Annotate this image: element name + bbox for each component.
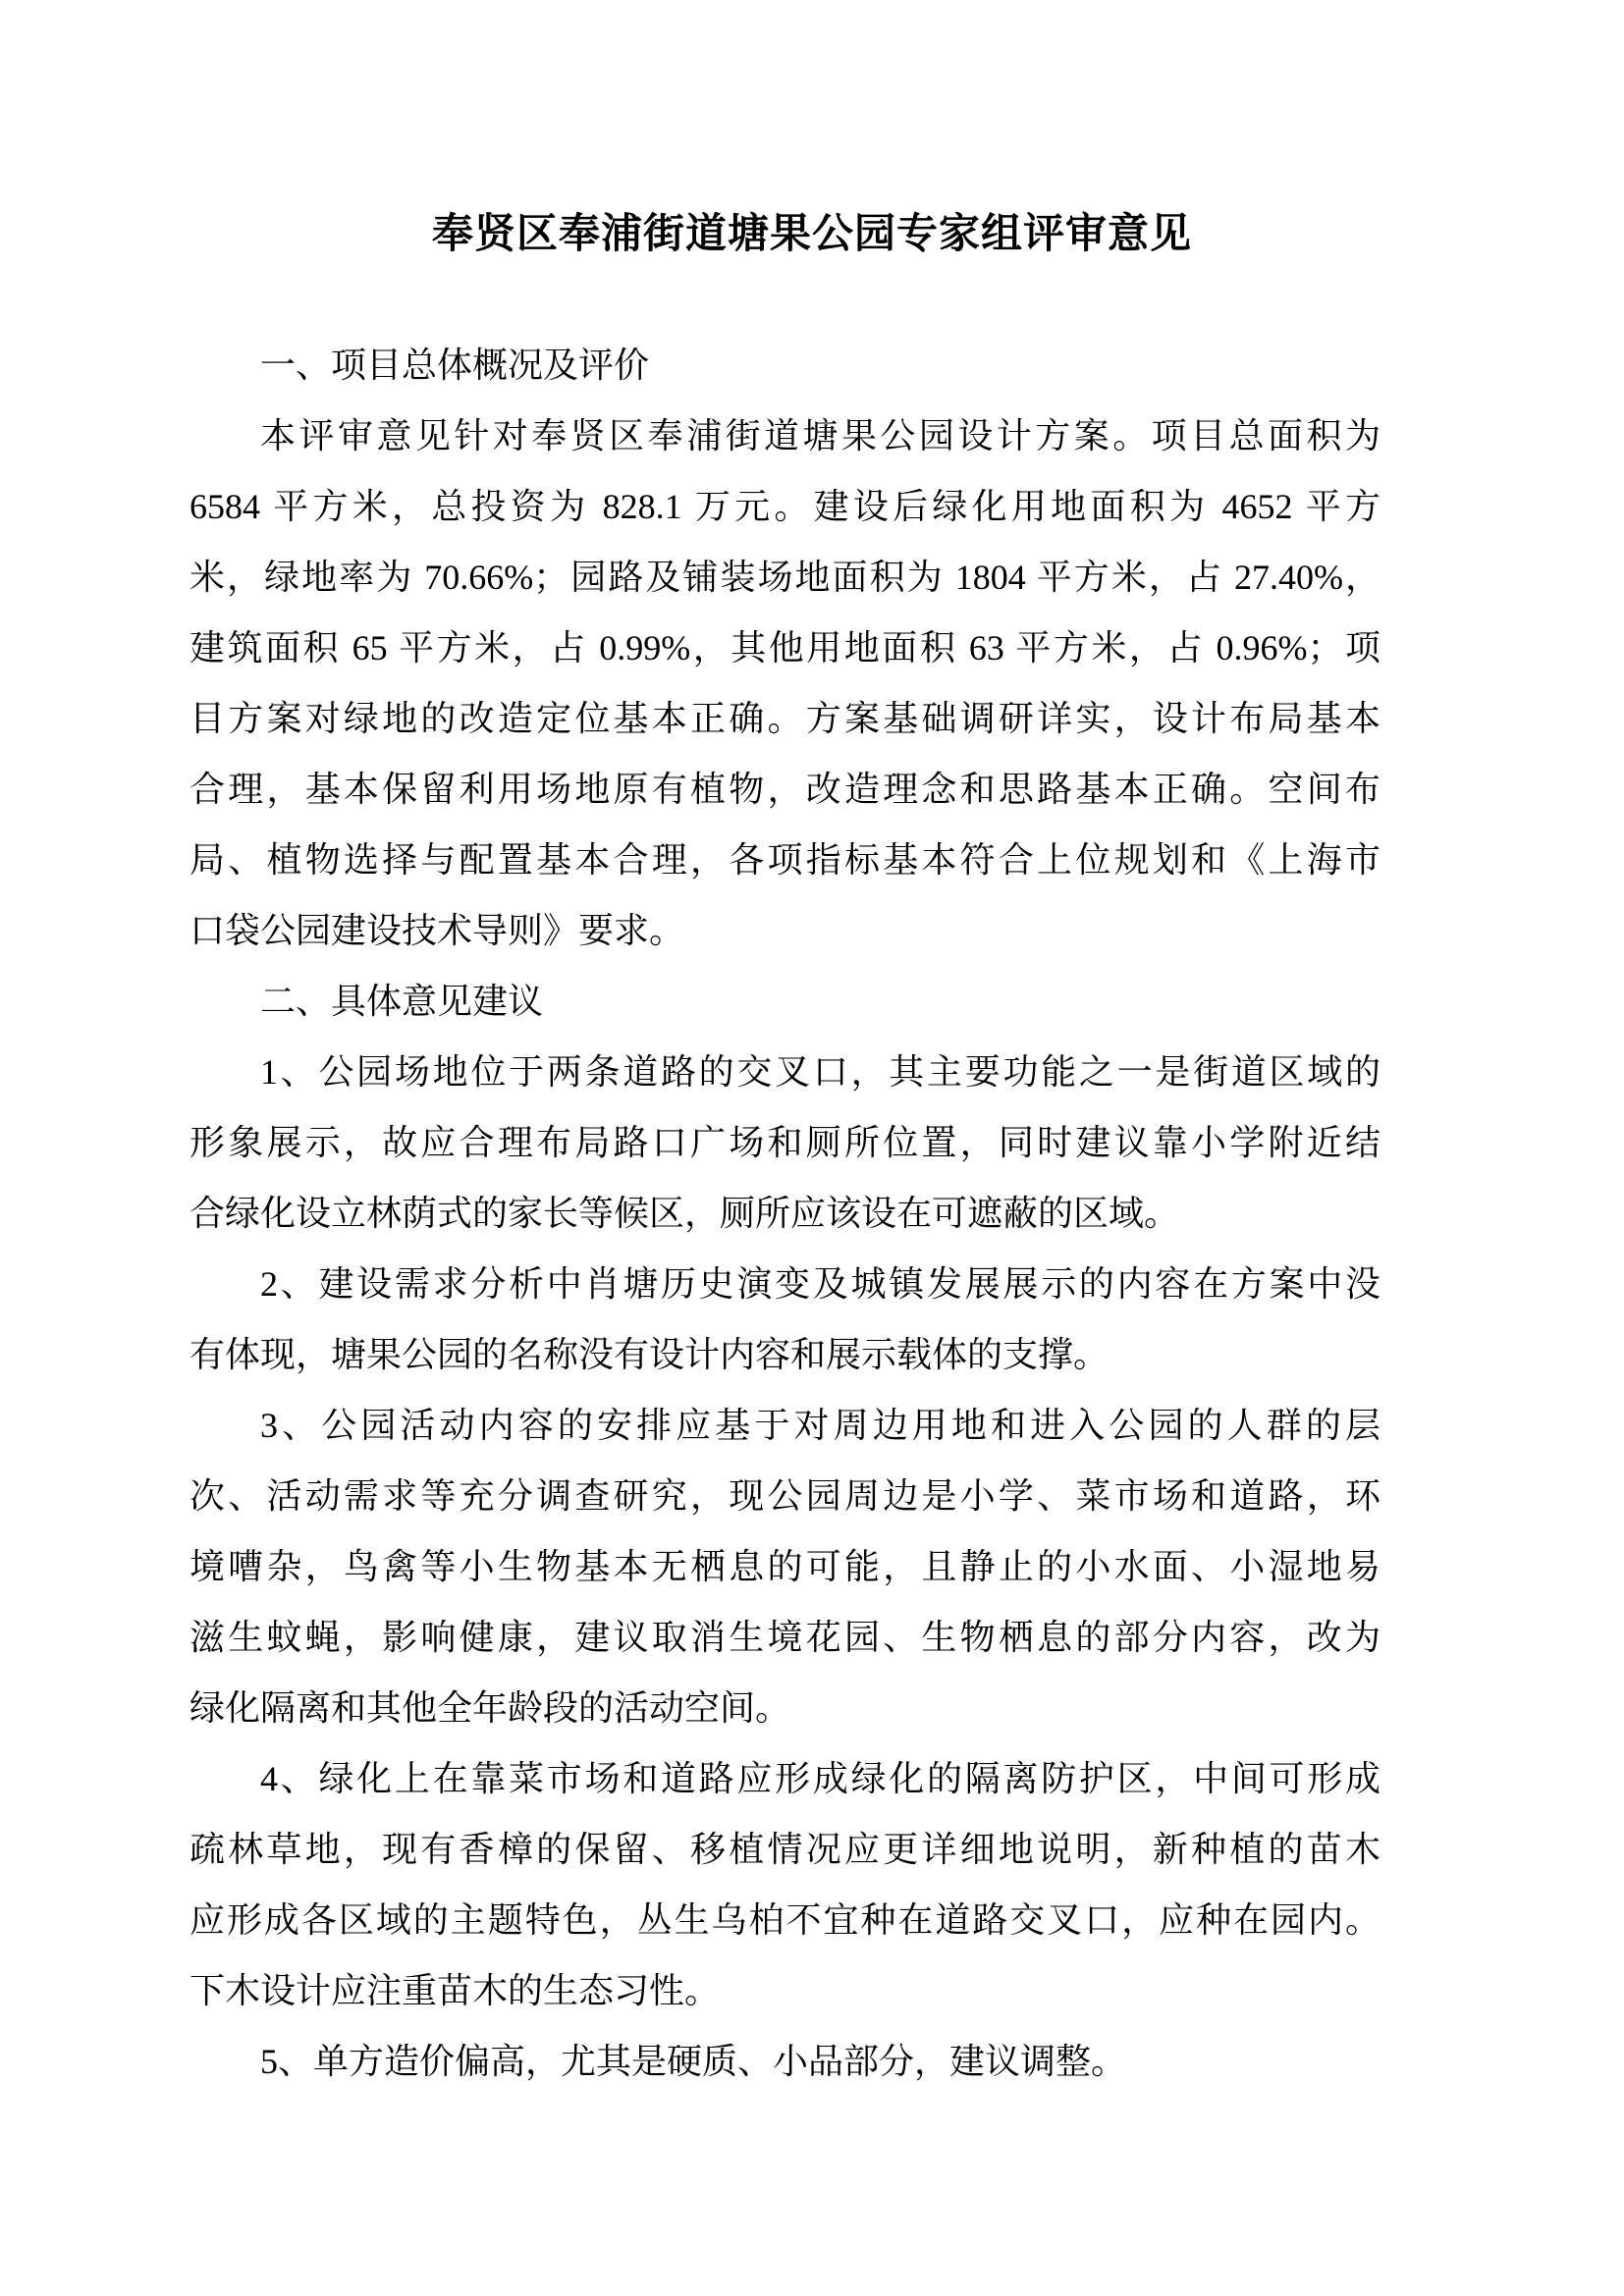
paragraph-line: 次、活动需求等充分调查研究，现公园周边是小学、菜市场和道路，环: [189, 1461, 1380, 1531]
paragraph-line: 建筑面积 65 平方米，占 0.99%，其他用地面积 63 平方米，占 0.96…: [189, 613, 1380, 683]
paragraph-line: 绿化隔离和其他全年龄段的活动空间。: [189, 1673, 1380, 1743]
paragraph-line: 滋生蚊蝇，影响健康，建议取消生境花园、生物栖息的部分内容，改为: [189, 1602, 1380, 1673]
document-title: 奉贤区奉浦街道塘果公园专家组评审意见: [0, 203, 1624, 266]
document-body: 一、项目总体概况及评价本评审意见针对奉贤区奉浦街道塘果公园设计方案。项目总面积为…: [189, 330, 1380, 2097]
paragraph-line: 下木设计应注重苗木的生态习性。: [189, 1955, 1380, 2026]
paragraph-line: 境嘈杂，鸟禽等小生物基本无栖息的可能，且静止的小水面、小湿地易: [189, 1531, 1380, 1602]
paragraph-line: 疏林草地，现有香樟的保留、移植情况应更详细地说明，新种植的苗木: [189, 1814, 1380, 1885]
paragraph-line: 1、公园场地位于两条道路的交叉口，其主要功能之一是街道区域的: [189, 1037, 1380, 1107]
paragraph-line: 局、植物选择与配置基本合理，各项指标基本符合上位规划和《上海市: [189, 825, 1380, 895]
paragraph-line: 3、公园活动内容的安排应基于对周边用地和进入公园的人群的层: [189, 1390, 1380, 1461]
paragraph-line: 米，绿地率为 70.66%；园路及铺装场地面积为 1804 平方米，占 27.4…: [189, 542, 1380, 613]
paragraph-line: 5、单方造价偏高，尤其是硬质、小品部分，建议调整。: [189, 2026, 1380, 2097]
paragraph-line: 合绿化设立林荫式的家长等候区，厕所应该设在可遮蔽的区域。: [189, 1178, 1380, 1249]
section-heading-line: 二、具体意见建议: [189, 966, 1380, 1037]
paragraph-line: 口袋公园建设技术导则》要求。: [189, 895, 1380, 966]
paragraph-line: 2、建设需求分析中肖塘历史演变及城镇发展展示的内容在方案中没: [189, 1249, 1380, 1319]
document-page: 奉贤区奉浦街道塘果公园专家组评审意见 一、项目总体概况及评价本评审意见针对奉贤区…: [0, 0, 1624, 2296]
paragraph-line: 应形成各区域的主题特色，丛生乌柏不宜种在道路交叉口，应种在园内。: [189, 1885, 1380, 1955]
paragraph-line: 形象展示，故应合理布局路口广场和厕所位置，同时建议靠小学附近结: [189, 1107, 1380, 1178]
paragraph-line: 合理，基本保留利用场地原有植物，改造理念和思路基本正确。空间布: [189, 754, 1380, 825]
paragraph-line: 6584 平方米，总投资为 828.1 万元。建设后绿化用地面积为 4652 平…: [189, 471, 1380, 542]
paragraph-line: 4、绿化上在靠菜市场和道路应形成绿化的隔离防护区，中间可形成: [189, 1743, 1380, 1814]
paragraph-line: 目方案对绿地的改造定位基本正确。方案基础调研详实，设计布局基本: [189, 683, 1380, 754]
section-heading-line: 一、项目总体概况及评价: [189, 330, 1380, 400]
paragraph-line: 本评审意见针对奉贤区奉浦街道塘果公园设计方案。项目总面积为: [189, 400, 1380, 471]
paragraph-line: 有体现，塘果公园的名称没有设计内容和展示载体的支撑。: [189, 1319, 1380, 1390]
